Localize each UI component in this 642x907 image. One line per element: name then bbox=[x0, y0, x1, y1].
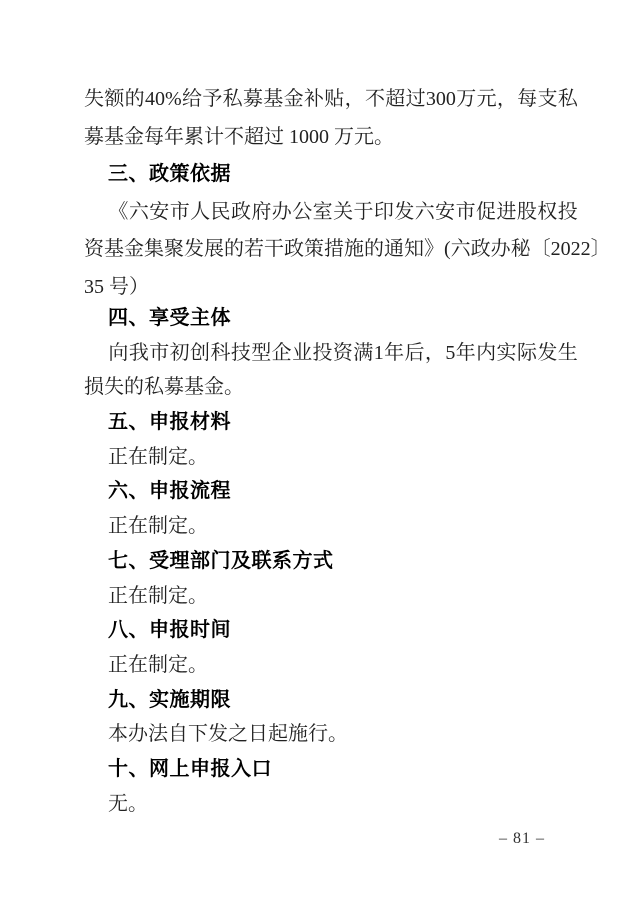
section-heading: 六、申报流程 bbox=[84, 474, 578, 509]
text-line: 《六安市人民政府办公室关于印发六安市促进股权投 bbox=[84, 194, 578, 232]
section-heading: 十、网上申报入口 bbox=[84, 752, 578, 787]
text-line: 正在制定。 bbox=[84, 579, 578, 614]
section-heading: 四、享受主体 bbox=[84, 301, 578, 336]
text-line: 损失的私募基金。 bbox=[84, 370, 578, 405]
text-line: 募基金每年累计不超过 1000 万元。 bbox=[84, 119, 578, 157]
text-line: 失额的40%给予私募基金补贴，不超过300万元，每支私 bbox=[84, 81, 578, 119]
section-heading: 九、实施期限 bbox=[84, 683, 578, 718]
text-line: 本办法自下发之日起施行。 bbox=[84, 717, 578, 752]
section-heading: 三、政策依据 bbox=[84, 156, 578, 194]
text-line: 向我市初创科技型企业投资满1年后，5年内实际发生 bbox=[84, 336, 578, 371]
text-line: 无。 bbox=[84, 787, 578, 822]
section-heading: 八、申报时间 bbox=[84, 613, 578, 648]
section-heading: 七、受理部门及联系方式 bbox=[84, 544, 578, 579]
text-line: 正在制定。 bbox=[84, 648, 578, 683]
text-line: 资基金集聚发展的若干政策措施的通知》(六政办秘〔2022〕 bbox=[84, 231, 578, 269]
document-page: 失额的40%给予私募基金补贴，不超过300万元，每支私募基金每年累计不超过 10… bbox=[0, 0, 642, 907]
document-body: 失额的40%给予私募基金补贴，不超过300万元，每支私募基金每年累计不超过 10… bbox=[84, 81, 578, 821]
text-line: 正在制定。 bbox=[84, 440, 578, 475]
page-number: – 81 – bbox=[499, 830, 545, 848]
section-heading: 五、申报材料 bbox=[84, 405, 578, 440]
text-line: 正在制定。 bbox=[84, 509, 578, 544]
